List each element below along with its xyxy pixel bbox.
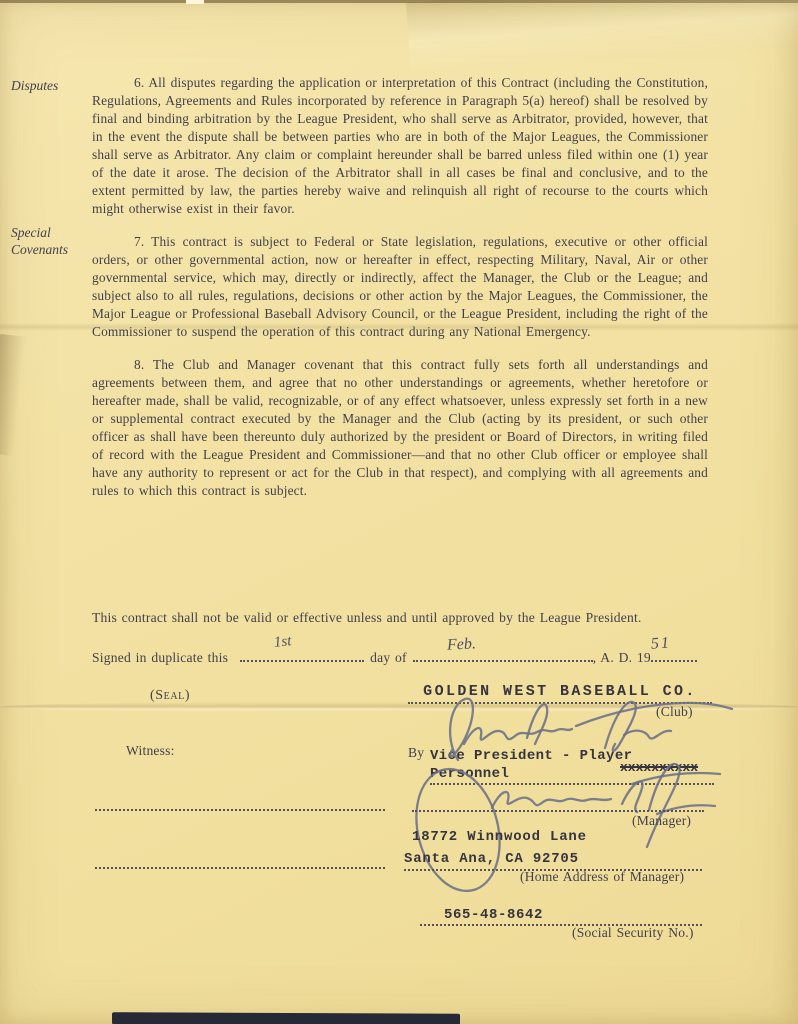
- contract-body: 6. All disputes regarding the applicatio…: [92, 74, 708, 515]
- witness-line-2: [95, 853, 385, 869]
- year-blank: 51: [651, 646, 697, 662]
- witness-label: Witness:: [126, 743, 175, 759]
- manager-address-line2: Santa Ana, CA 92705: [404, 851, 579, 867]
- manager-address-line1: 18772 Winnwood Lane: [412, 829, 587, 845]
- scan-top-edge-gap: [186, 0, 204, 4]
- scan-bottom-bar: [112, 1012, 460, 1024]
- witness-line-1: [95, 795, 385, 811]
- paragraph-7: 7. This contract is subject to Federal o…: [92, 233, 708, 341]
- handwritten-year: 51: [650, 634, 671, 653]
- signed-line-middle: day of: [370, 650, 407, 666]
- ssn-value: 565-48-8642: [444, 907, 543, 923]
- manager-address-line2-wrap: Santa Ana, CA 92705: [404, 849, 702, 871]
- manager-signature-line: [412, 796, 704, 812]
- signed-line: Signed in duplicate this 1st day of Feb.…: [92, 646, 718, 666]
- ssn-line: 565-48-8642: [420, 905, 702, 926]
- seal-label: (Seal): [150, 688, 190, 704]
- signed-line-prefix: Signed in duplicate this: [92, 650, 228, 666]
- paper-crease-left: [0, 334, 26, 456]
- paragraph-6: 6. All disputes regarding the applicatio…: [92, 74, 708, 218]
- signed-line-suffix: , A. D. 19: [593, 650, 651, 666]
- paper-crease-top-right: [406, 0, 798, 73]
- home-address-label: (Home Address of Manager): [520, 869, 684, 885]
- margin-label-disputes: Disputes: [11, 77, 58, 94]
- contract-page: Disputes Special Covenants 6. All disput…: [0, 0, 798, 1024]
- day-blank: 1st: [240, 646, 364, 662]
- ssn-label: (Social Security No.): [572, 925, 694, 941]
- manager-label: (Manager): [632, 813, 691, 829]
- handwritten-month: Feb.: [446, 635, 476, 654]
- margin-label-special-covenants: Special Covenants: [11, 224, 81, 258]
- validity-note: This contract shall not be valid or effe…: [92, 610, 712, 626]
- handwritten-day: 1st: [273, 633, 292, 652]
- paragraph-8: 8. The Club and Manager covenant that th…: [92, 356, 708, 500]
- month-blank: Feb.: [413, 646, 593, 662]
